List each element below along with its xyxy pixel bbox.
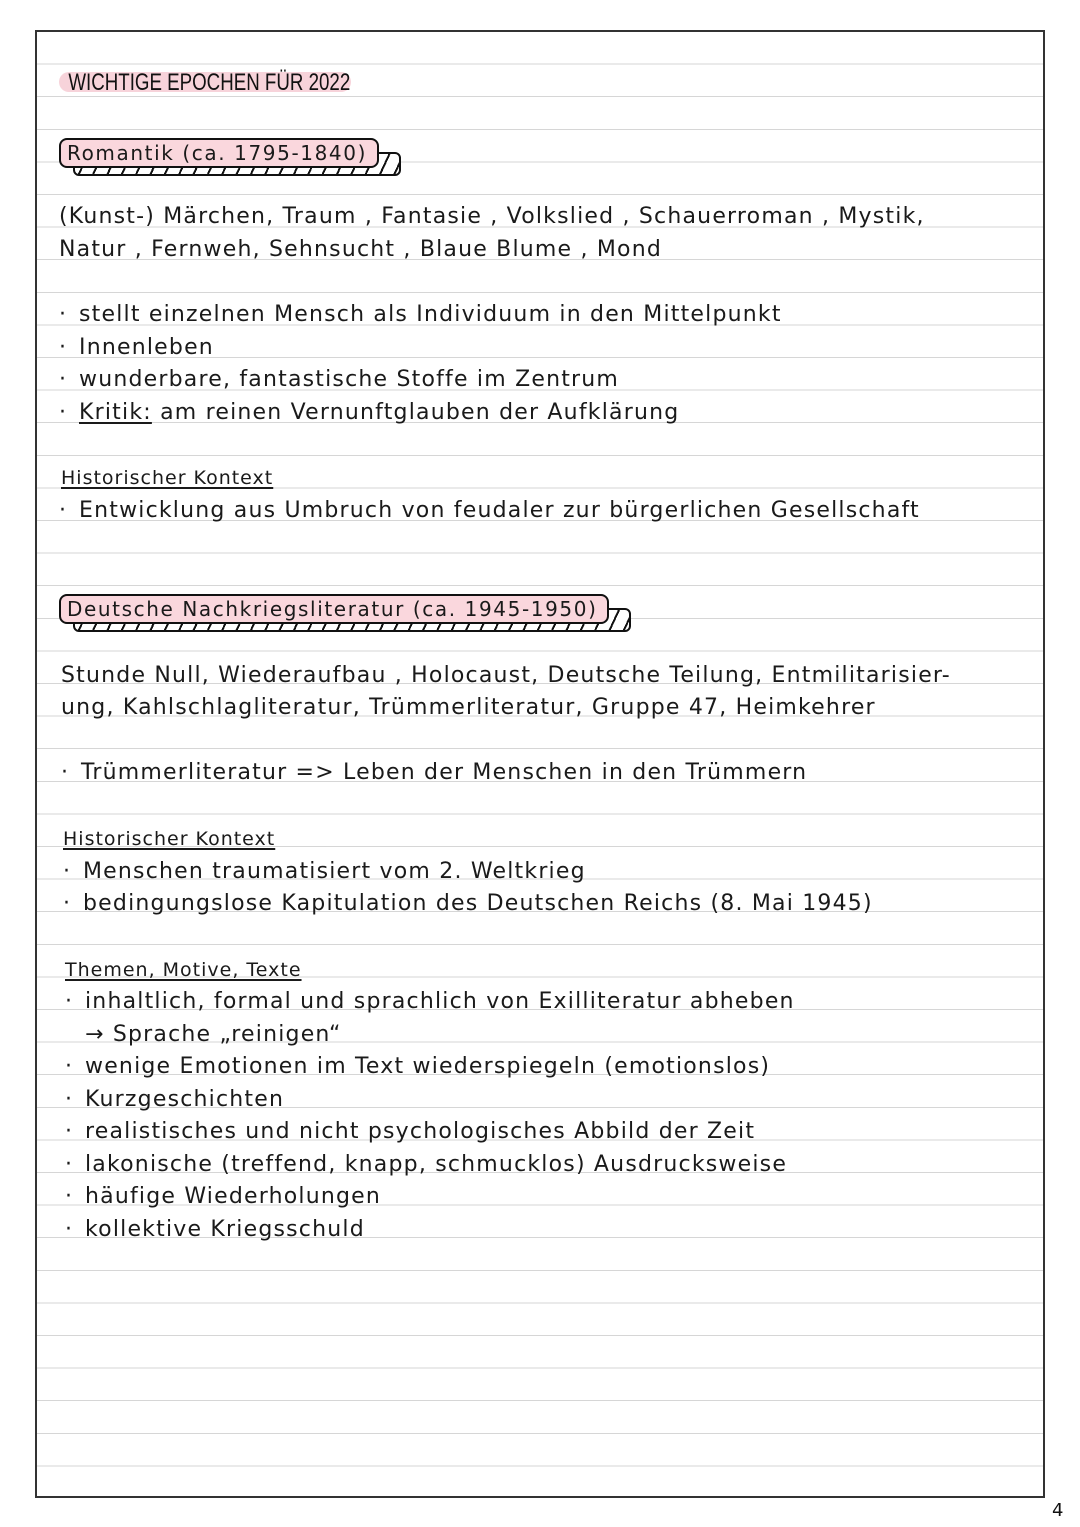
bullet-dot-icon: · — [65, 1184, 85, 1210]
context-heading: Historischer Kontext — [63, 826, 275, 852]
list-item: ·Innenleben — [59, 335, 214, 361]
keywords-line: Stunde Null, Wiederaufbau , Holocaust, D… — [61, 663, 951, 689]
bullet-dot-icon: · — [63, 859, 83, 885]
list-item-sub: → Sprache „reinigen“ — [65, 1022, 342, 1048]
list-item: ·stellt einzelnen Mensch als Individuum … — [59, 302, 782, 328]
context-heading: Historischer Kontext — [61, 465, 273, 491]
list-item: ·Trümmerliteratur => Leben der Menschen … — [61, 760, 807, 786]
list-item: ·häufige Wiederholungen — [65, 1184, 381, 1210]
critique-label: Kritik: — [79, 400, 152, 425]
list-item: ·Menschen traumatisiert vom 2. Weltkrieg — [63, 859, 586, 885]
list-item: ·inhaltlich, formal und sprachlich von E… — [65, 989, 795, 1015]
themes-heading: Themen, Motive, Texte — [65, 957, 302, 983]
bullet-dot-icon: · — [65, 1217, 85, 1243]
bullet-dot-icon: · — [59, 367, 79, 393]
list-item: ·lakonische (treffend, knapp, schmucklos… — [65, 1152, 787, 1178]
epoch-heading-box: Deutsche Nachkriegsliteratur (ca. 1945-1… — [59, 594, 609, 624]
bullet-dot-icon: · — [59, 302, 79, 328]
bullet-dot-icon: · — [59, 498, 79, 524]
list-item: ·Kritik: am reinen Vernunftglauben der A… — [59, 400, 679, 426]
list-item: ·realistisches und nicht psychologisches… — [65, 1119, 755, 1145]
bullet-dot-icon: · — [65, 1152, 85, 1178]
list-item: ·Entwicklung aus Umbruch von feudaler zu… — [59, 498, 920, 524]
bullet-dot-icon: · — [65, 989, 85, 1015]
bullet-dot-icon: · — [59, 335, 79, 361]
list-item: ·wenige Emotionen im Text wiederspiegeln… — [65, 1054, 770, 1080]
page-title: WICHTIGE EPOCHEN FÜR 2022 — [59, 68, 360, 94]
page-number: 4 — [1052, 1500, 1063, 1521]
list-item: ·Kurzgeschichten — [65, 1087, 284, 1113]
bullet-dot-icon: · — [59, 400, 79, 426]
bullet-dot-icon: · — [63, 891, 83, 917]
list-item: ·kollektive Kriegsschuld — [65, 1217, 365, 1243]
bullet-dot-icon: · — [65, 1119, 85, 1145]
bullet-dot-icon: · — [65, 1087, 85, 1113]
list-item: ·wunderbare, fantastische Stoffe im Zent… — [59, 367, 619, 393]
bullet-dot-icon: · — [61, 760, 81, 786]
keywords-line: (Kunst-) Märchen, Traum , Fantasie , Vol… — [59, 204, 925, 230]
keywords-line: Natur , Fernweh, Sehnsucht , Blaue Blume… — [59, 237, 662, 263]
bullet-dot-icon: · — [65, 1054, 85, 1080]
notebook-page: WICHTIGE EPOCHEN FÜR 2022 Romantik (ca. … — [35, 30, 1045, 1498]
epoch-heading-box: Romantik (ca. 1795-1840) — [59, 138, 379, 168]
keywords-line: ung, Kahlschlagliteratur, Trümmerliterat… — [61, 695, 876, 721]
list-item: ·bedingungslose Kapitulation des Deutsch… — [63, 891, 873, 917]
